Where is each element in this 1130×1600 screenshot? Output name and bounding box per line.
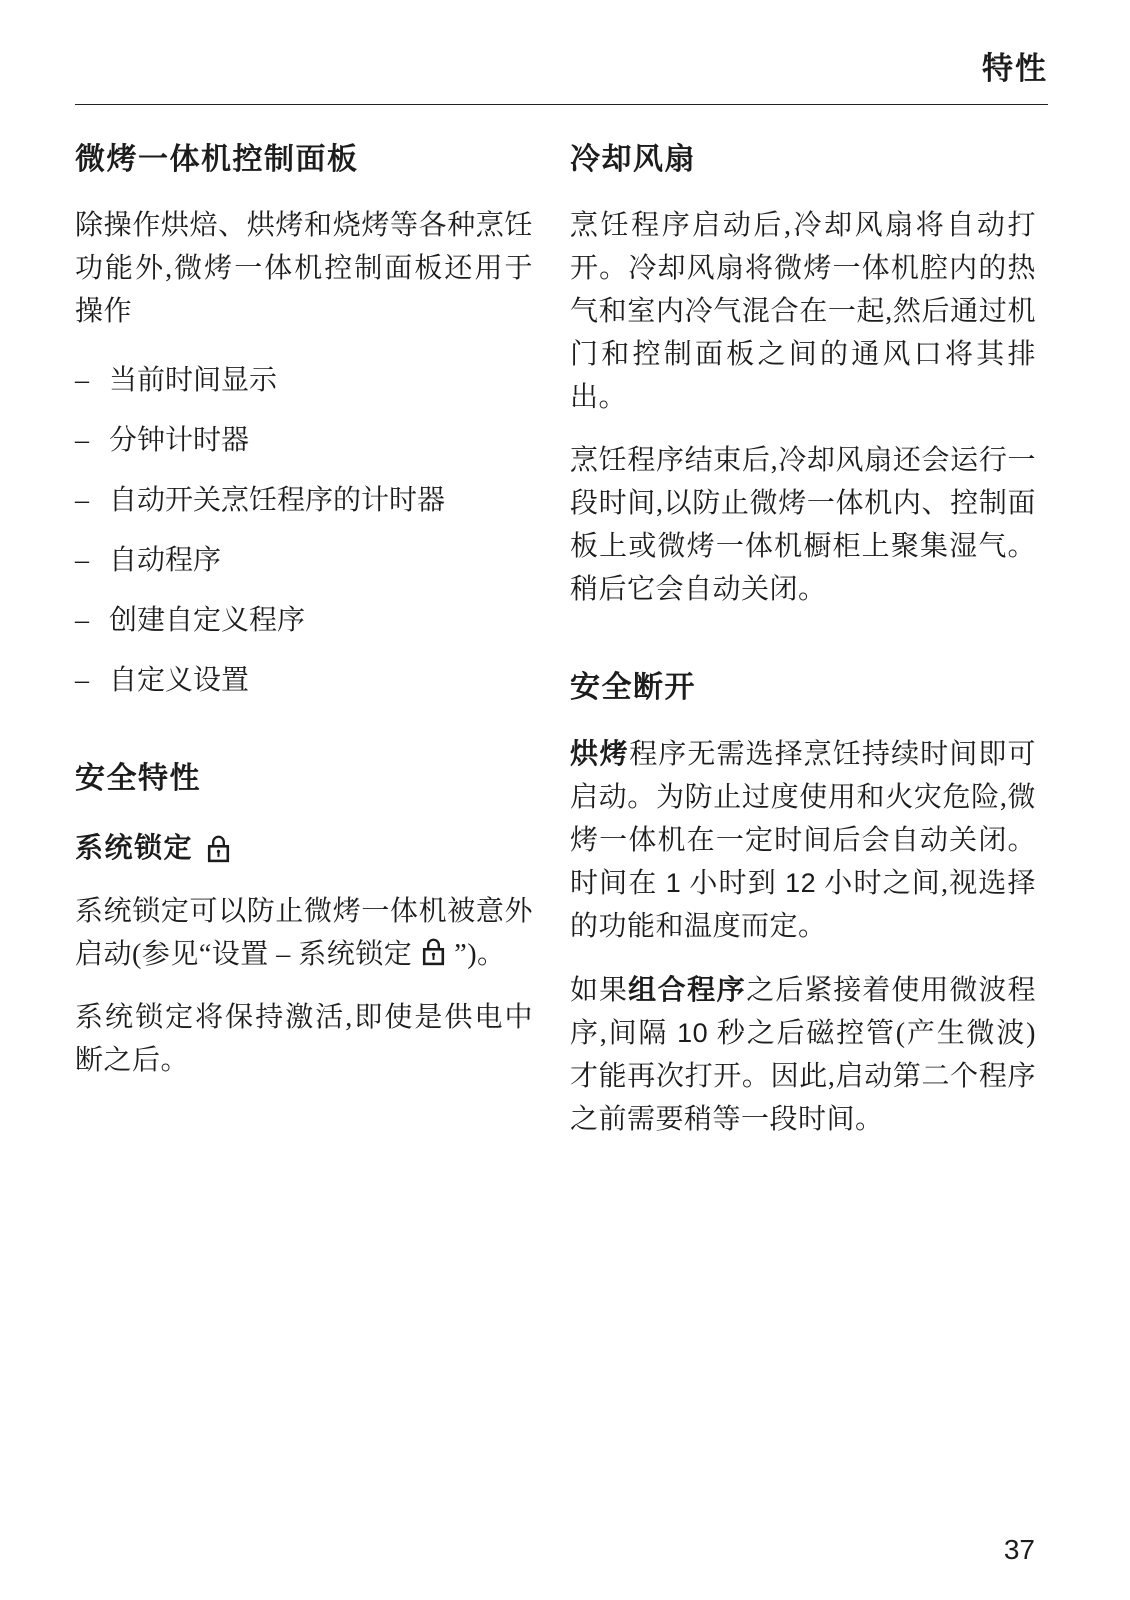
list-item: –分钟计时器: [75, 419, 533, 462]
bold-term: 烘烤: [570, 738, 629, 769]
numeric-value: 1: [666, 868, 682, 898]
list-item: –自动程序: [75, 539, 533, 582]
right-column: 冷却风扇 烹饪程序启动后,冷却风扇将自动打开。冷却风扇将微烤一体机腔内的热气和室…: [570, 141, 1036, 1161]
cooling-fan-paragraph-2: 烹饪程序结束后,冷却风扇还会运行一段时间,以防止微烤一体机内、控制面板上或微烤一…: [570, 439, 1036, 611]
text-run: 系统锁定: [75, 830, 193, 866]
system-lock-paragraph-2: 系统锁定将保持激活,即使是供电中断之后。: [75, 996, 533, 1082]
lock-icon: [205, 833, 232, 864]
list-item-label: 自动程序: [109, 539, 221, 582]
dash-marker: –: [75, 359, 109, 402]
system-lock-subheading: 系统锁定: [75, 830, 533, 866]
control-panel-feature-list: –当前时间显示–分钟计时器–自动开关烹饪程序的计时器–自动程序–创建自定义程序–…: [75, 359, 533, 702]
bold-term: 组合程序: [628, 974, 746, 1005]
page-number: 37: [1004, 1534, 1035, 1566]
control-panel-intro: 除操作烘焙、烘烤和烧烤等各种烹饪功能外,微烤一体机控制面板还用于操作: [75, 204, 533, 333]
text-run: ”)。: [447, 939, 506, 970]
list-item: –自动开关烹饪程序的计时器: [75, 479, 533, 522]
list-item-label: 自定义设置: [109, 659, 249, 702]
manual-page: 特性 微烤一体机控制面板 除操作烘焙、烘烤和烧烤等各种烹饪功能外,微烤一体机控制…: [0, 0, 1130, 1600]
dash-marker: –: [75, 599, 109, 642]
section-safety-features: 安全特性 系统锁定 系统锁定可以防止微烤一体机被意外启动(参见“设置 – 系统锁…: [75, 760, 533, 1082]
list-item: –自定义设置: [75, 659, 533, 702]
section-control-panel: 微烤一体机控制面板 除操作烘焙、烘烤和烧烤等各种烹饪功能外,微烤一体机控制面板还…: [75, 141, 533, 702]
safety-cutout-paragraph-1: 烘烤程序无需选择烹饪持续时间即可启动。为防止过度使用和火灾危险,微烤一体机在一定…: [570, 732, 1036, 948]
two-column-content: 微烤一体机控制面板 除操作烘焙、烘烤和烧烤等各种烹饪功能外,微烤一体机控制面板还…: [75, 141, 1048, 1161]
safety-cutout-paragraph-2: 如果组合程序之后紧接着使用微波程序,间隔 10 秒之后磁控管(产生微波)才能再次…: [570, 968, 1036, 1141]
section-safety-cutout: 安全断开 烘烤程序无需选择烹饪持续时间即可启动。为防止过度使用和火灾危险,微烤一…: [570, 669, 1036, 1141]
control-panel-heading: 微烤一体机控制面板: [75, 141, 533, 179]
left-column: 微烤一体机控制面板 除操作烘焙、烘烤和烧烤等各种烹饪功能外,微烤一体机控制面板还…: [75, 141, 533, 1161]
lock-icon: [420, 936, 447, 967]
text-run: 如果: [570, 975, 628, 1006]
list-item-label: 分钟计时器: [109, 419, 249, 462]
dash-marker: –: [75, 659, 109, 702]
text-run: 小时到: [681, 868, 785, 899]
section-cooling-fan: 冷却风扇 烹饪程序启动后,冷却风扇将自动打开。冷却风扇将微烤一体机腔内的热气和室…: [570, 141, 1036, 611]
cooling-fan-paragraph-1: 烹饪程序启动后,冷却风扇将自动打开。冷却风扇将微烤一体机腔内的热气和室内冷气混合…: [570, 204, 1036, 419]
dash-marker: –: [75, 479, 109, 522]
list-item-label: 创建自定义程序: [109, 599, 305, 642]
numeric-value: 12: [785, 868, 816, 898]
page-header-title: 特性: [75, 50, 1048, 88]
safety-features-heading: 安全特性: [75, 760, 533, 798]
cooling-fan-heading: 冷却风扇: [570, 141, 1036, 179]
system-lock-paragraph-1: 系统锁定可以防止微烤一体机被意外启动(参见“设置 – 系统锁定 ”)。: [75, 890, 533, 976]
safety-cutout-heading: 安全断开: [570, 669, 1036, 707]
list-item-label: 自动开关烹饪程序的计时器: [109, 479, 445, 522]
dash-marker: –: [75, 419, 109, 462]
page-header: 特性: [75, 50, 1048, 105]
dash-marker: –: [75, 539, 109, 582]
header-rule: [75, 104, 1048, 105]
list-item: –当前时间显示: [75, 359, 533, 402]
list-item-label: 当前时间显示: [109, 359, 277, 402]
list-item: –创建自定义程序: [75, 599, 533, 642]
numeric-value: 10: [677, 1018, 708, 1048]
